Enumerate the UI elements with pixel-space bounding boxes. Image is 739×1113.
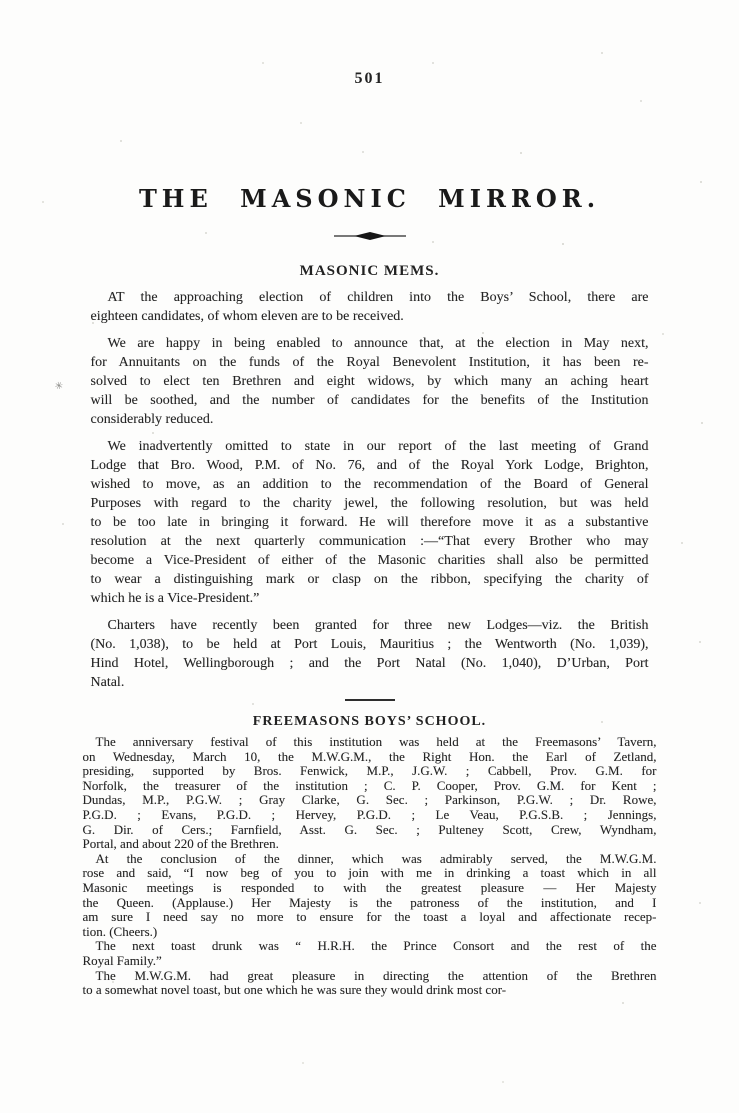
text-line: considerably reduced. — [91, 410, 649, 429]
text-line: We are happy in being enabled to announc… — [91, 334, 649, 353]
short-rule-divider — [345, 699, 395, 701]
page-number: 501 — [0, 0, 739, 88]
text-line: G. Dir. of Cers.; Farnfield, Asst. G. Se… — [83, 823, 657, 838]
section-body-masonic-mems: AT the approaching election of children … — [91, 288, 649, 692]
section-heading-freemasons-boys-school: FREEMASONS BOYS’ SCHOOL. — [0, 714, 739, 730]
paragraph: The M.W.G.M. had great pleasure in direc… — [83, 969, 657, 998]
paragraph: AT the approaching election of children … — [91, 288, 649, 326]
text-line: to a somewhat novel toast, but one which… — [83, 983, 657, 998]
text-line: resolution at the next quarterly communi… — [91, 532, 649, 551]
text-line: to wear a distinguishing mark or clasp o… — [91, 570, 649, 589]
text-line: The next toast drunk was “ H.R.H. the Pr… — [83, 939, 657, 954]
text-line: P.G.D. ; Evans, P.G.D. ; Hervey, P.G.D. … — [83, 808, 657, 823]
section-body-freemasons-boys-school: The anniversary festival of this institu… — [83, 735, 657, 998]
text-line: Masonic meetings is responded to with th… — [83, 881, 657, 896]
text-line: At the conclusion of the dinner, which w… — [83, 852, 657, 867]
text-line: We inadvertently omitted to state in our… — [91, 437, 649, 456]
text-line: presiding, supported by Bros. Fenwick, M… — [83, 764, 657, 779]
text-line: Portal, and about 220 of the Brethren. — [83, 837, 657, 852]
text-line: AT the approaching election of children … — [91, 288, 649, 307]
text-line: Charters have recently been granted for … — [91, 616, 649, 635]
paragraph: We are happy in being enabled to announc… — [91, 334, 649, 429]
section-freemasons-boys-school: FREEMASONS BOYS’ SCHOOL. The anniversary… — [0, 714, 739, 998]
text-line: Lodge that Bro. Wood, P.M. of No. 76, an… — [91, 456, 649, 475]
text-line: (No. 1,038), to be held at Port Louis, M… — [91, 635, 649, 654]
text-line: wished to move, as an addition to the re… — [91, 475, 649, 494]
text-line: eighteen candidates, of whom eleven are … — [91, 307, 649, 326]
text-line: Norfolk, the treasurer of the institutio… — [83, 779, 657, 794]
paragraph: The next toast drunk was “ H.R.H. the Pr… — [83, 939, 657, 968]
text-line: Natal. — [91, 673, 649, 692]
text-line: on Wednesday, March 10, the M.W.G.M., th… — [83, 750, 657, 765]
text-line: Hind Hotel, Wellingborough ; and the Por… — [91, 654, 649, 673]
text-line: will be soothed, and the number of candi… — [91, 391, 649, 410]
section-masonic-mems: MASONIC MEMS. AT the approaching electio… — [0, 263, 739, 692]
text-line: which he is a Vice-President.” — [91, 589, 649, 608]
text-line: The M.W.G.M. had great pleasure in direc… — [83, 969, 657, 984]
diamond-rule-ornament — [0, 231, 739, 241]
section-heading-masonic-mems: MASONIC MEMS. — [0, 263, 739, 280]
paragraph: Charters have recently been granted for … — [91, 616, 649, 692]
masthead-title: THE MASONIC MIRROR. — [0, 184, 739, 213]
text-line: tion. (Cheers.) — [83, 925, 657, 940]
text-line: the Queen. (Applause.) Her Majesty is th… — [83, 896, 657, 911]
text-line: to be too late in bringing it forward. H… — [91, 513, 649, 532]
text-line: am sure I need say no more to ensure for… — [83, 910, 657, 925]
text-line: solved to elect ten Brethren and eight w… — [91, 372, 649, 391]
diamond-rule-icon — [334, 231, 406, 241]
text-line: The anniversary festival of this institu… — [83, 735, 657, 750]
paragraph: The anniversary festival of this institu… — [83, 735, 657, 852]
text-line: become a Vice-President of either of the… — [91, 551, 649, 570]
text-line: Royal Family.” — [83, 954, 657, 969]
paragraph: We inadvertently omitted to state in our… — [91, 437, 649, 608]
document-page: 501 THE MASONIC MIRROR. MASONIC MEMS. AT… — [0, 0, 739, 998]
text-line: for Annuitants on the funds of the Royal… — [91, 353, 649, 372]
paragraph: At the conclusion of the dinner, which w… — [83, 852, 657, 940]
text-line: Dundas, M.P., P.G.W. ; Gray Clarke, G. S… — [83, 793, 657, 808]
text-line: rose and said, “I now beg of you to join… — [83, 866, 657, 881]
text-line: Purposes with regard to the charity jewe… — [91, 494, 649, 513]
